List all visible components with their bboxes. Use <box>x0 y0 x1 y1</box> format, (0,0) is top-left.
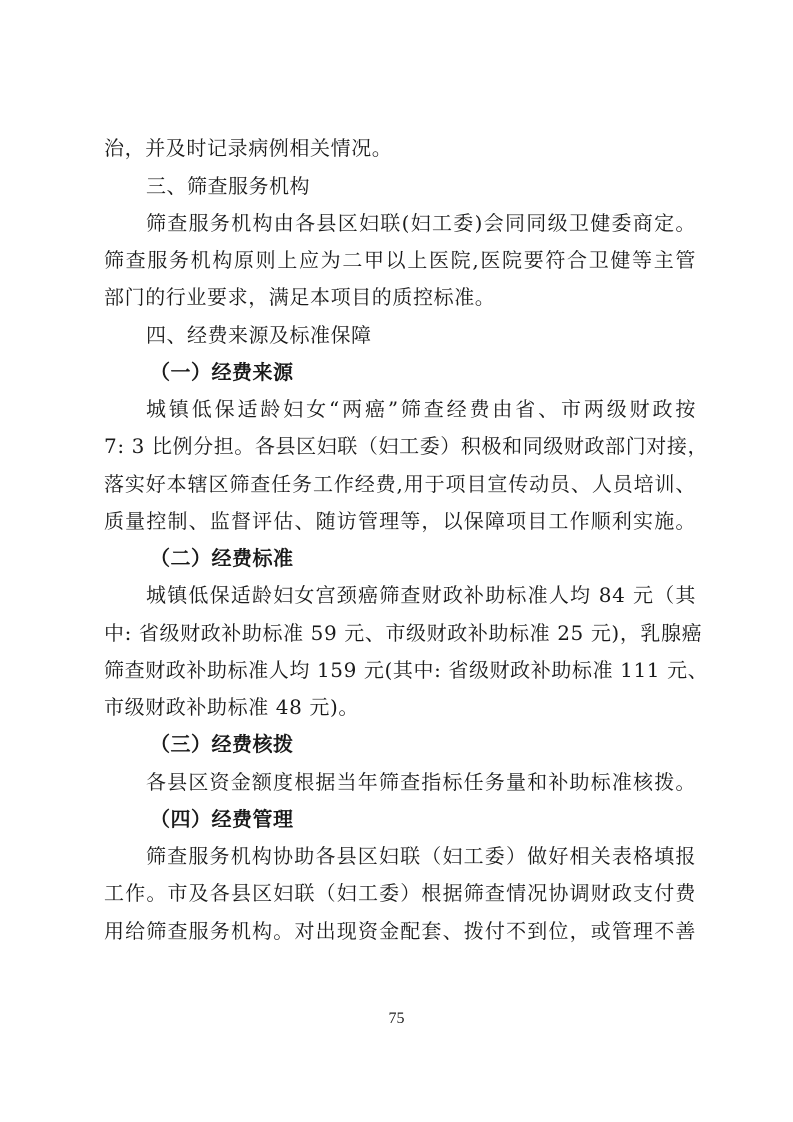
paragraph-line: 部门的行业要求，满足本项目的质控标准。 <box>104 284 696 310</box>
paragraph-line: 筛查服务机构原则上应为二甲以上医院,医院要符合卫健等主管 <box>104 247 696 273</box>
section-heading-3: 三、筛查服务机构 <box>146 173 696 199</box>
paragraph-line: 治，并及时记录病例相关情况。 <box>104 135 696 161</box>
subheading-funding-management: （四）经费管理 <box>150 806 742 832</box>
paragraph-line: 市级财政补助标准 48 元)。 <box>104 694 696 720</box>
subheading-funding-allocation: （三）经费核拨 <box>150 731 742 757</box>
paragraph-line: 筛查财政补助标准人均 159 元(其中: 省级财政补助标准 111 元、 <box>104 657 696 683</box>
paragraph-line: 筛查服务机构协助各县区妇联（妇工委）做好相关表格填报 <box>146 843 696 869</box>
page-number: 75 <box>0 1010 793 1028</box>
paragraph-line: 用给筛查服务机构。对出现资金配套、拨付不到位，或管理不善 <box>104 918 696 944</box>
paragraph-line: 中: 省级财政补助标准 59 元、市级财政补助标准 25 元)，乳腺癌 <box>104 620 696 646</box>
paragraph-line: 筛查服务机构由各县区妇联(妇工委)会同同级卫健委商定。 <box>146 210 696 236</box>
subheading-funding-standard: （二）经费标准 <box>150 545 742 571</box>
paragraph-line: 城镇低保适龄妇女“两癌”筛查经费由省、市两级财政按 <box>146 396 696 422</box>
paragraph-line: 落实好本辖区筛查任务工作经费,用于项目宣传动员、人员培训、 <box>104 471 696 497</box>
subheading-funding-source: （一）经费来源 <box>150 359 742 385</box>
paragraph-line: 城镇低保适龄妇女宫颈癌筛查财政补助标准人均 84 元（其 <box>146 582 696 608</box>
document-page: 治，并及时记录病例相关情况。 三、筛查服务机构 筛查服务机构由各县区妇联(妇工委… <box>0 0 793 1122</box>
paragraph-line: 工作。市及各县区妇联（妇工委）根据筛查情况协调财政支付费 <box>104 880 696 906</box>
paragraph-line: 7: 3 比例分担。各县区妇联（妇工委）积极和同级财政部门对接， <box>104 433 696 459</box>
paragraph-line: 各县区资金额度根据当年筛查指标任务量和补助标准核拨。 <box>146 769 696 795</box>
paragraph-line: 质量控制、监督评估、随访管理等，以保障项目工作顺利实施。 <box>104 508 696 534</box>
section-heading-4: 四、经费来源及标准保障 <box>146 322 696 348</box>
